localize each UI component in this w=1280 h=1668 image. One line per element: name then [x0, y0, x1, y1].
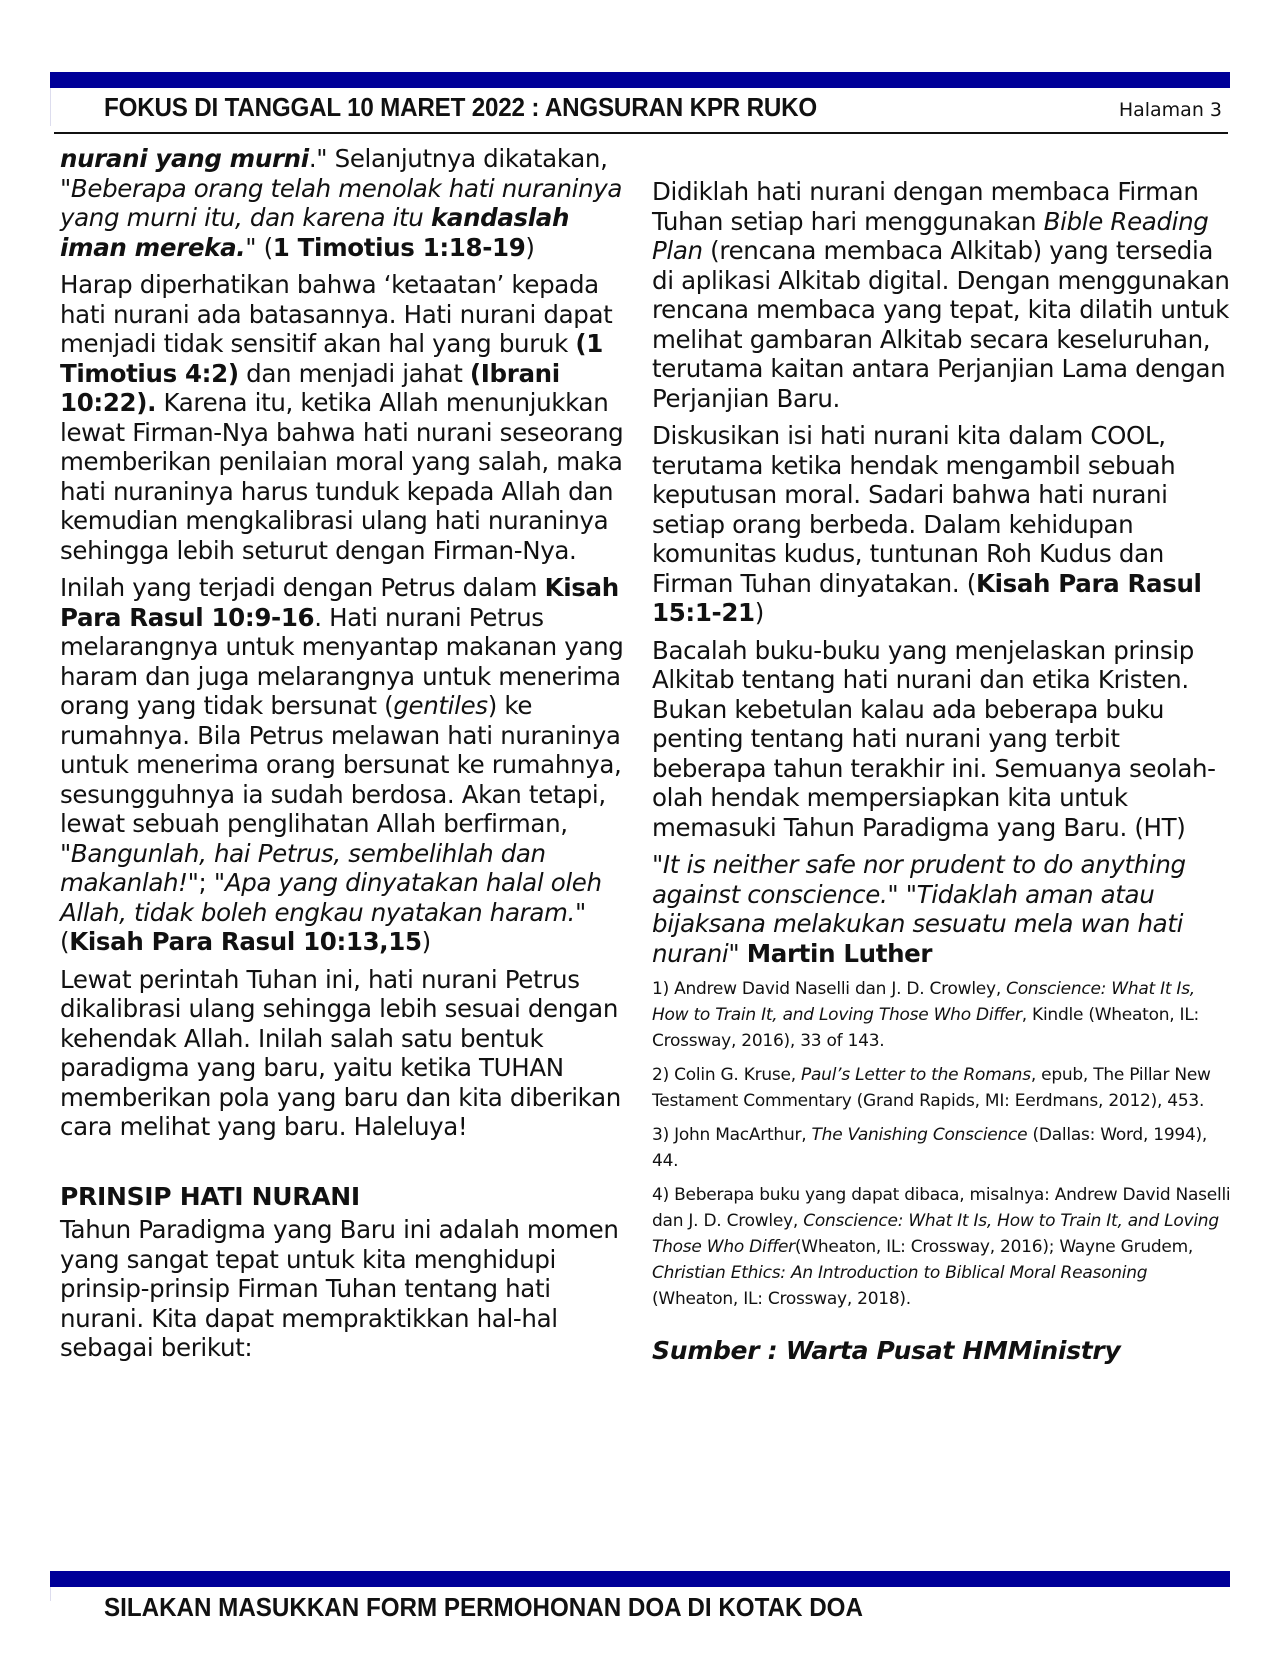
book-title: The Vanishing Conscience [812, 1125, 1028, 1145]
footer-left-edge [50, 1587, 51, 1601]
book-title: Paul’s Letter to the Romans [801, 1065, 1031, 1085]
paragraph-bible-reading: Didiklah hati nurani dengan membaca Firm… [652, 177, 1232, 413]
footnote-1: 1) Andrew David Naselli dan J. D. Crowle… [652, 976, 1232, 1054]
text: dan menjadi jahat [239, 359, 470, 388]
text: ) [525, 233, 534, 262]
text: ) [422, 927, 431, 956]
text: "; " [188, 868, 225, 897]
header-divider [54, 132, 1228, 134]
text: 3) John MacArthur, [652, 1125, 812, 1145]
section-heading: PRINSIP HATI NURANI [60, 1182, 640, 1212]
right-column: Didiklah hati nurani dengan membaca Firm… [652, 139, 1232, 1366]
header-color-bar [50, 72, 1230, 88]
foreign-term: gentiles [393, 691, 487, 720]
footer-notice: SILAKAN MASUKKAN FORM PERMOHONAN DOA DI … [104, 1592, 863, 1623]
footer-color-bar [50, 1571, 1230, 1587]
paragraph-cool-discussion: Diskusikan isi hati nurani kita dalam CO… [652, 421, 1232, 628]
text: (Wheaton, IL: Crossway, 2016); Wayne Gru… [795, 1237, 1193, 1257]
paragraph-obedience-limits: Harap diperhatikan bahwa ‘ketaatan’ kepa… [60, 270, 640, 565]
page-number: Halaman 3 [1119, 99, 1222, 121]
scripture-reference: Kisah Para Rasul 10:13,15 [69, 927, 421, 956]
paragraph-petrus: Inilah yang terjadi dengan Petrus dalam … [60, 573, 640, 957]
footnote-4: 4) Beberapa buku yang dapat dibaca, misa… [652, 1182, 1232, 1312]
book-title: Christian Ethics: An Introduction to Bib… [652, 1263, 1147, 1283]
emphasis-text: nurani yang murni [60, 144, 309, 173]
scripture-reference: 1 Timotius 1:18-19 [273, 233, 526, 262]
footnote-3: 3) John MacArthur, The Vanishing Conscie… [652, 1122, 1232, 1174]
text: ) [755, 598, 764, 627]
paragraph-principles-intro: Tahun Paradigma yang Baru ini adalah mom… [60, 1215, 640, 1363]
quote-author: Martin Luther [747, 939, 932, 968]
source-credit: Sumber : Warta Pusat HMMinistry [652, 1336, 1232, 1366]
text: 1) Andrew David Naselli dan J. D. Crowle… [652, 979, 1006, 999]
footnotes: 1) Andrew David Naselli dan J. D. Crowle… [652, 976, 1232, 1312]
paragraph-recalibration: Lewat perintah Tuhan ini, hati nurani Pe… [60, 965, 640, 1142]
footnote-2: 2) Colin G. Kruse, Paul’s Letter to the … [652, 1062, 1232, 1114]
continued-text-spacer [652, 139, 1232, 177]
text: " ( [245, 233, 273, 262]
text: 2) Colin G. Kruse, [652, 1065, 801, 1085]
left-column: nurani yang murni." Selanjutnya dikataka… [60, 144, 640, 1363]
luther-quote: "It is neither safe nor prudent to do an… [652, 850, 1232, 968]
paragraph-timotius-quote: nurani yang murni." Selanjutnya dikataka… [60, 144, 640, 262]
paragraph-read-books: Bacalah buku-buku yang menjelaskan prins… [652, 636, 1232, 843]
text: (rencana membaca Alkitab) yang tersedia … [652, 236, 1230, 413]
header-left-edge [50, 88, 51, 126]
text: Inilah yang terjadi dengan Petrus dalam [60, 573, 545, 602]
text: (Wheaton, IL: Crossway, 2018). [652, 1289, 911, 1309]
text: Harap diperhatikan bahwa ‘ketaatan’ kepa… [60, 270, 612, 358]
page-title: FOKUS DI TANGGAL 10 MARET 2022 : ANGSURA… [104, 92, 817, 123]
